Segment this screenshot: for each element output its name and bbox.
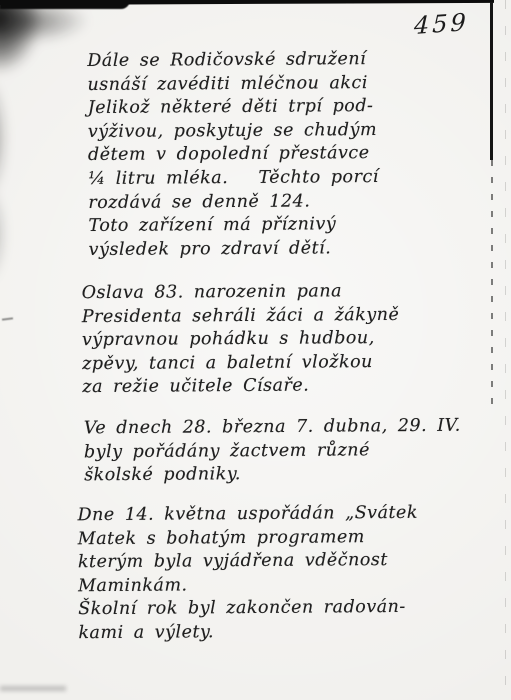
handwritten-line: zpěvy, tanci a baletní vložkou — [82, 352, 400, 378]
handwritten-line: výpravnou pohádku s hudbou, — [82, 328, 400, 354]
bottom-smudge — [0, 686, 66, 691]
paragraph-president-celebration: Oslava 83. narozenin pana Presidenta seh… — [82, 281, 400, 401]
scan-edge-right-faint — [491, 160, 493, 410]
handwritten-line: ¼ litru mléka. Těchto porcí — [88, 167, 379, 193]
handwritten-line: Maminkám. — [78, 574, 419, 600]
handwritten-line: rozdává se denně 124. — [88, 191, 379, 217]
paragraph-milk-action: Dále se Rodičovské sdružení usnáší zavéd… — [87, 49, 379, 263]
scan-edge-margin-line — [505, 0, 506, 700]
handwritten-line: dětem v dopolední přestávce — [88, 143, 379, 169]
handwritten-line: Dne 14. května uspořádán „Svátek — [78, 503, 419, 529]
scan-edge-top-corner — [0, 0, 130, 9]
handwritten-line: Ve dnech 28. března 7. dubna, 29. IV. — [84, 416, 461, 442]
handwritten-line: Jelikož některé děti trpí pod- — [88, 96, 379, 122]
handwritten-line: usnáší zavéditi mléčnou akci — [87, 73, 378, 99]
left-margin-mark — [2, 317, 13, 320]
handwritten-line: kami a výlety. — [78, 621, 419, 647]
scanned-page: 459 Dále se Rodičovské sdružení usnáší z… — [0, 0, 511, 700]
handwritten-line: Presidenta sehráli žáci a žákyně — [82, 304, 400, 330]
handwritten-line: Oslava 83. narozenin pana — [82, 281, 400, 307]
handwritten-line: školské podniky. — [84, 463, 461, 489]
handwritten-line: Toto zařízení má příznivý — [88, 214, 379, 240]
handwritten-line: za režie učitele Císaře. — [82, 375, 400, 401]
page-number: 459 — [414, 8, 470, 40]
handwritten-line: byly pořádány žactvem různé — [84, 439, 461, 465]
handwritten-line: Matek s bohatým programem — [78, 526, 419, 552]
handwritten-line: Dále se Rodičovské sdružení — [87, 49, 378, 75]
scan-edge-right — [490, 2, 493, 160]
handwritten-line: výsledek pro zdraví dětí. — [89, 238, 380, 264]
handwritten-line: kterým byla vyjádřena vděčnost — [78, 550, 419, 576]
handwritten-line: Školní rok byl zakončen radován- — [78, 597, 419, 623]
paragraph-mothers-day: Dne 14. května uspořádán „Svátek Matek s… — [78, 503, 419, 647]
binding-shadow — [0, 0, 98, 282]
paragraph-school-events: Ve dnech 28. března 7. dubna, 29. IV. by… — [84, 416, 461, 489]
handwritten-line: výživou, poskytuje se chudým — [88, 120, 379, 146]
